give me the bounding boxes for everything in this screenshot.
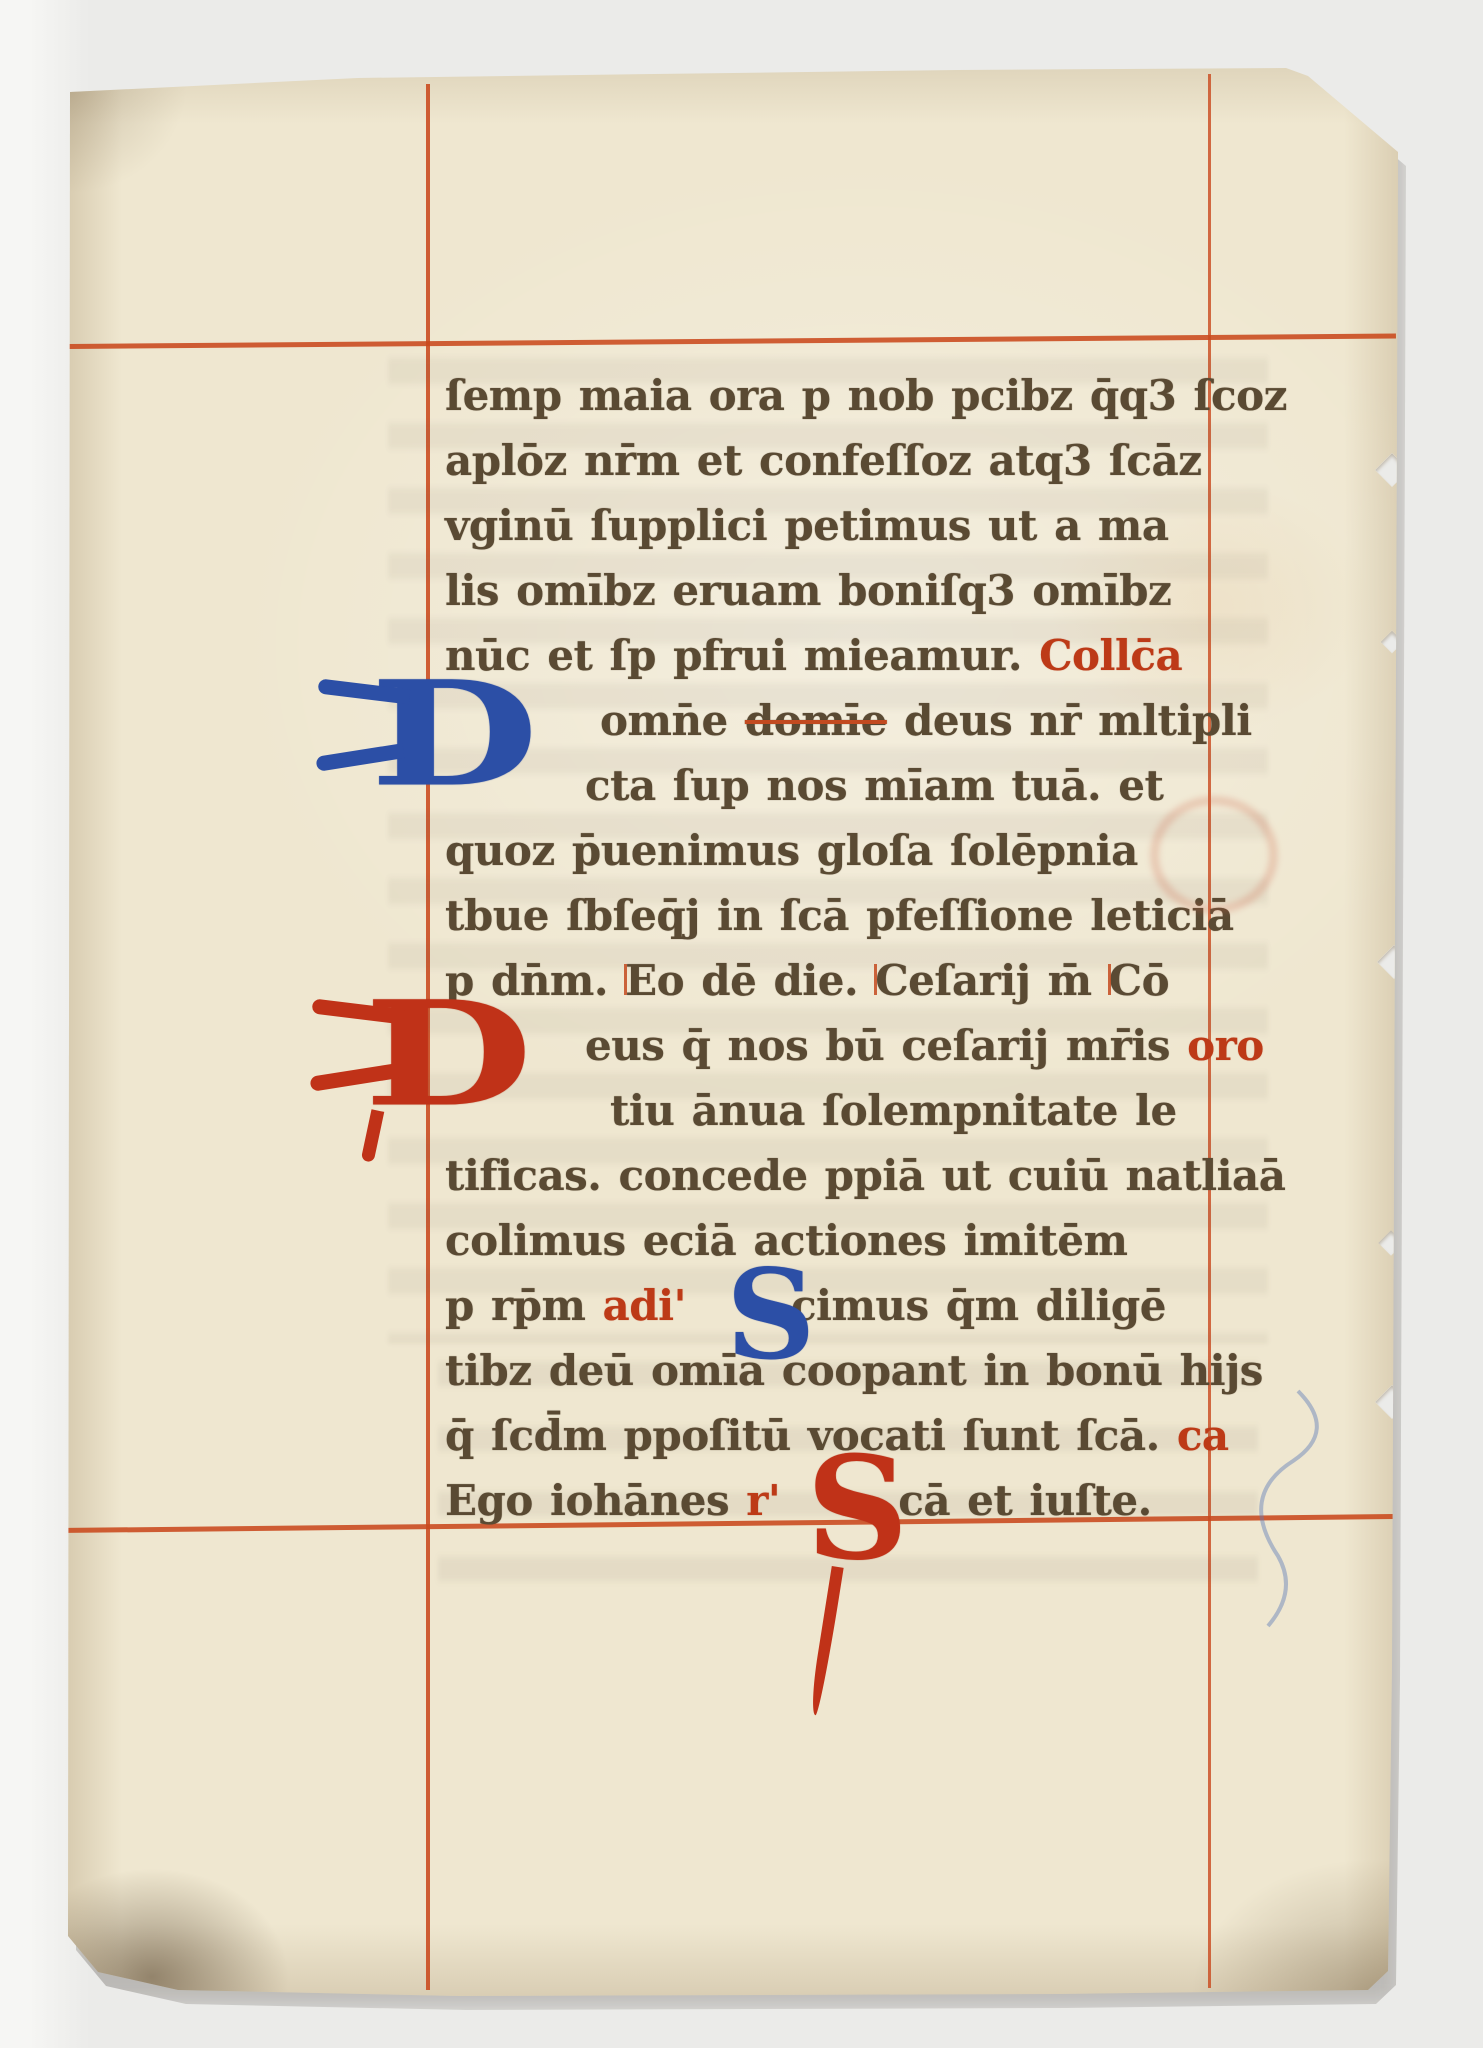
body-text: ō bbox=[1142, 956, 1170, 1005]
body-text: omn̄e bbox=[600, 696, 745, 745]
text-line: aplōz nr̄m et confeſſoz atq3 ſcāz bbox=[445, 428, 1220, 493]
text-block: ſemp maia ora p nob pcibz q̄q3 ſcozaplōz… bbox=[445, 363, 1220, 1533]
body-text: C bbox=[875, 956, 908, 1005]
rubric-text: adi' bbox=[603, 1281, 686, 1330]
text-line: ſemp maia ora p nob pcibz q̄q3 ſcoz bbox=[445, 363, 1220, 428]
text-line: lis omībz eruam boniſq3 omībz bbox=[445, 558, 1220, 623]
body-text: ſemp maia ora p nob pcibz q̄q3 ſcoz bbox=[445, 371, 1287, 420]
edge-notch bbox=[1377, 945, 1411, 979]
text-line: omn̄e domīe deus nr̄ mltipli bbox=[445, 688, 1220, 753]
text-line: tbue ſbſeq̄j in ſcā pfeſſione leticiā bbox=[445, 883, 1220, 948]
photograph-background: ſemp maia ora p nob pcibz q̄q3 ſcozaplōz… bbox=[0, 0, 1483, 2048]
text-line: nūc et ſp pfrui mieamur. Collc̄a bbox=[445, 623, 1220, 688]
body-text: eus q̄ nos bū ceſarij mr̄is bbox=[585, 1021, 1187, 1070]
body-text: quoz p̄uenimus gloſa ſolēpnia bbox=[445, 826, 1138, 875]
rubric-text: oro bbox=[1187, 1021, 1264, 1070]
body-text: C bbox=[1109, 956, 1142, 1005]
body-text: tiu ānua ſolempnitate le bbox=[610, 1086, 1177, 1135]
illuminated-initial-d-red: D bbox=[364, 982, 496, 1134]
body-text: lis omībz eruam boniſq3 omībz bbox=[445, 566, 1171, 615]
text-line: tificas. concede ppiā ut cuiū natliaā bbox=[445, 1143, 1220, 1208]
body-text: vginū ſupplici petimus ut a ma bbox=[445, 501, 1169, 550]
text-line: cta ſup nos mīam tuā. et bbox=[445, 753, 1220, 818]
body-text: cā et iuſte. bbox=[898, 1476, 1151, 1525]
body-text: Ego iohānes bbox=[445, 1476, 746, 1525]
illuminated-initial-d-blue: D bbox=[370, 662, 502, 814]
body-text: deus nr̄ mltipli bbox=[887, 696, 1252, 745]
initial-letter: S bbox=[806, 1438, 909, 1580]
body-text: aplōz nr̄m et confeſſoz atq3 ſcāz bbox=[445, 436, 1202, 485]
body-text: E bbox=[625, 956, 657, 1005]
illuminated-initial-s-blue: S bbox=[726, 1254, 816, 1378]
text-line: quoz p̄uenimus gloſa ſolēpnia bbox=[445, 818, 1220, 883]
body-text: p rp̄m bbox=[445, 1281, 603, 1330]
initial-letter: D bbox=[370, 662, 539, 806]
manuscript-leaf: ſemp maia ora p nob pcibz q̄q3 ſcozaplōz… bbox=[58, 66, 1398, 1996]
body-text: tificas. concede ppiā ut cuiū natliaā bbox=[445, 1151, 1285, 1200]
text-line: vginū ſupplici petimus ut a ma bbox=[445, 493, 1220, 558]
edge-notch bbox=[1375, 1385, 1409, 1419]
rubric-text: Collc̄a bbox=[1039, 631, 1182, 680]
body-text: tbue ſbſeq̄j in ſcā pfeſſione leticiā bbox=[445, 891, 1234, 940]
initial-letter: S bbox=[726, 1254, 816, 1378]
rubric-text: r' bbox=[746, 1476, 780, 1525]
body-text: tibz deū omīa coopant in bonū hijs bbox=[445, 1346, 1263, 1395]
initial-letter: D bbox=[364, 982, 533, 1126]
text-line: tiu ānua ſolempnitate le bbox=[445, 1078, 1220, 1143]
text-line: colimus eciā actiones imitēm bbox=[445, 1208, 1220, 1273]
text-line: p rp̄m adi'cimus q̄m diligē bbox=[445, 1273, 1220, 1338]
body-text: domīe bbox=[745, 696, 887, 745]
ruling-line-horizontal-top bbox=[64, 334, 1396, 349]
rubric-text: ca bbox=[1177, 1411, 1229, 1460]
pink-circle-smudge bbox=[1150, 796, 1278, 914]
body-text: o dē die. bbox=[657, 956, 876, 1005]
body-text: cta ſup nos mīam tuā. et bbox=[585, 761, 1163, 810]
body-text: eſarij m̄ bbox=[908, 956, 1108, 1005]
text-line: p dn̄m. Eo dē die. Ceſarij m̄ Cō bbox=[445, 948, 1220, 1013]
illuminated-initial-s-red: S bbox=[806, 1438, 909, 1580]
text-line: tibz deū omīa coopant in bonū hijs bbox=[445, 1338, 1220, 1403]
text-line: eus q̄ nos bū ceſarij mr̄is oro bbox=[445, 1013, 1220, 1078]
body-text: cimus q̄m diligē bbox=[791, 1281, 1166, 1330]
